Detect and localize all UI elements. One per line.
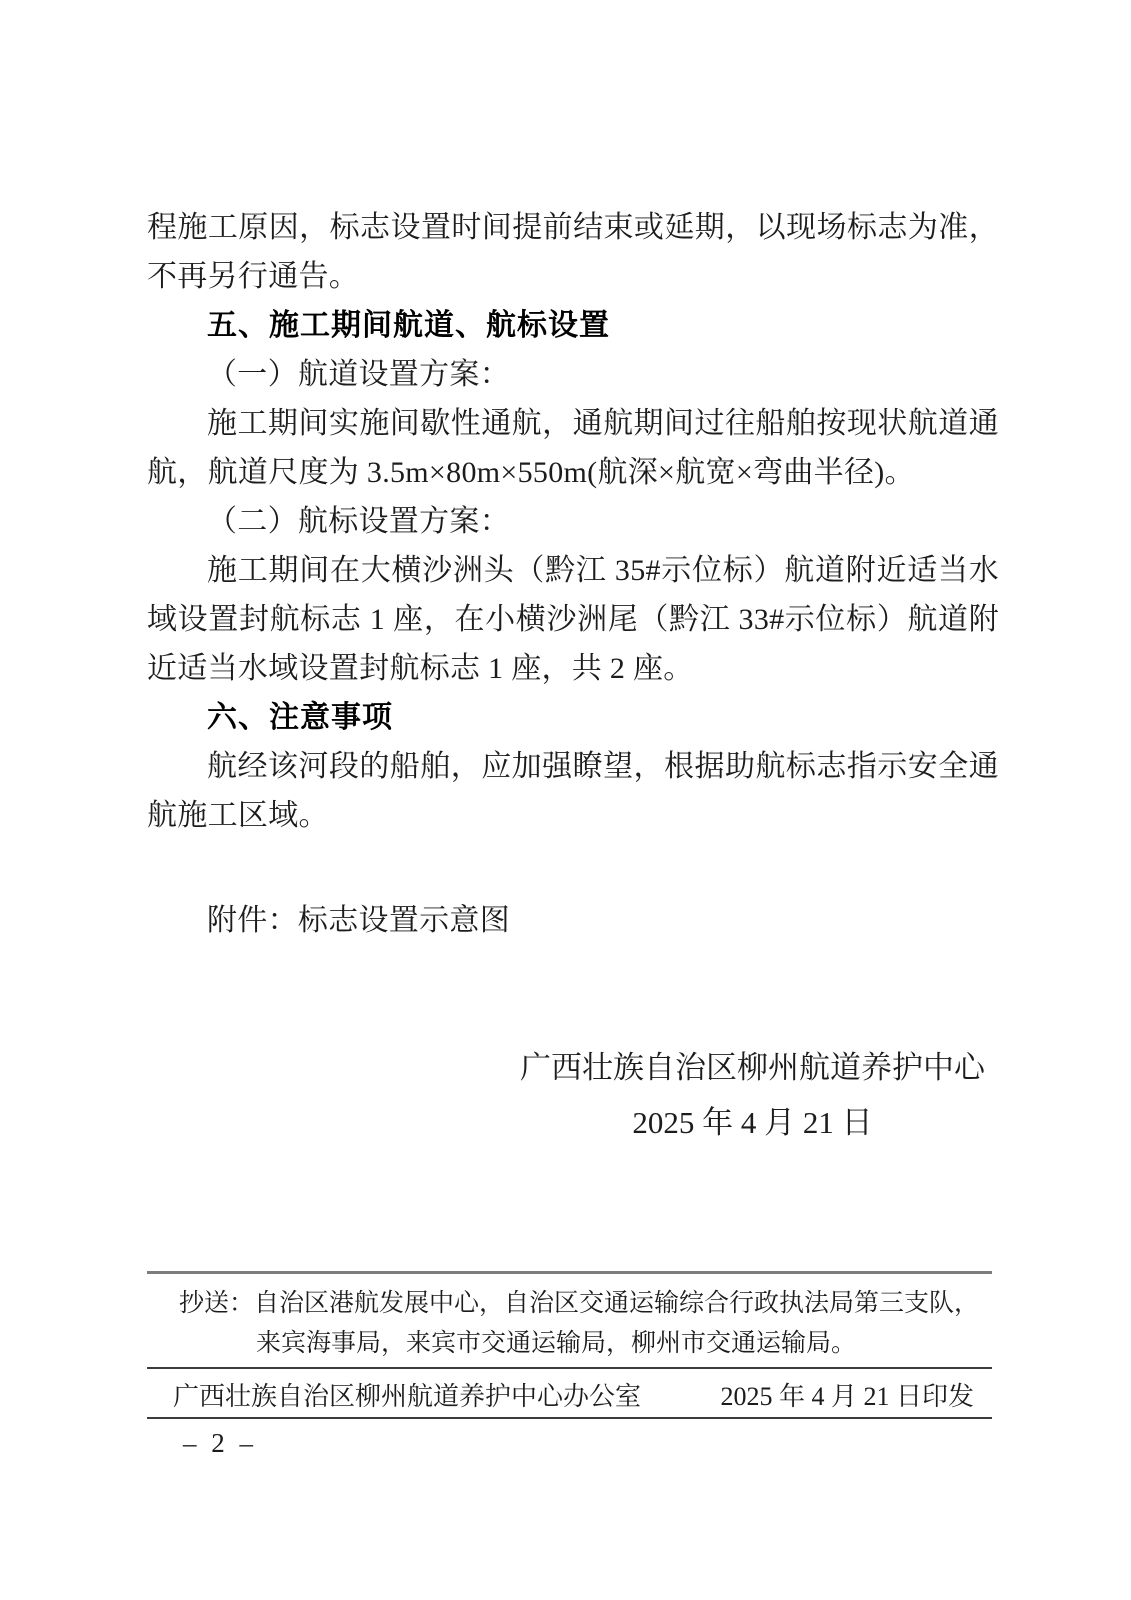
cc-line-2: 来宾海事局，来宾市交通运输局，柳州市交通运输局。 <box>147 1324 992 1364</box>
page-number: – 2 – <box>183 1428 257 1459</box>
subsection-2-body: 施工期间在大横沙洲头（黔江 35#示位标）航道附近适当水域设置封航标志 1 座，… <box>147 546 999 693</box>
footer-separator-top <box>147 1271 992 1274</box>
cc-line-1: 抄送：自治区港航发展中心，自治区交通运输综合行政执法局第三支队， <box>147 1284 992 1324</box>
issuer-row: 广西壮族自治区柳州航道养护中心办公室 2025 年 4 月 21 日印发 <box>147 1372 992 1417</box>
footer-separator-bottom <box>147 1417 992 1419</box>
subsection-2-title: （二）航标设置方案： <box>147 497 999 546</box>
section-6-body: 航经该河段的船舶，应加强瞭望，根据助航标志指示安全通航施工区域。 <box>147 742 999 840</box>
paragraph-continuation: 程施工原因，标志设置时间提前结束或延期，以现场标志为准，不再另行通告。 <box>147 203 999 301</box>
issue-date: 2025 年 4 月 21 日印发 <box>720 1376 974 1413</box>
document-page: 程施工原因，标志设置时间提前结束或延期，以现场标志为准，不再另行通告。 五、施工… <box>0 0 1131 1600</box>
attachment-line: 附件：标志设置示意图 <box>147 896 999 945</box>
section-heading-6: 六、注意事项 <box>147 693 999 742</box>
document-body: 程施工原因，标志设置时间提前结束或延期，以现场标志为准，不再另行通告。 五、施工… <box>147 203 999 945</box>
cc-label: 抄送： <box>179 1290 254 1317</box>
section-heading-5: 五、施工期间航道、航标设置 <box>147 301 999 350</box>
cc-text-2: 来宾海事局，来宾市交通运输局，柳州市交通运输局。 <box>256 1330 856 1357</box>
cc-text-1: 自治区港航发展中心，自治区交通运输综合行政执法局第三支队， <box>254 1290 979 1317</box>
footer-separator-middle <box>147 1367 992 1369</box>
signature-date: 2025 年 4 月 21 日 <box>520 1095 985 1150</box>
signature-org: 广西壮族自治区柳州航道养护中心 <box>520 1040 985 1095</box>
issuer-office: 广西壮族自治区柳州航道养护中心办公室 <box>173 1376 641 1413</box>
cc-block: 抄送：自治区港航发展中心，自治区交通运输综合行政执法局第三支队， 来宾海事局，来… <box>147 1284 992 1364</box>
subsection-1-body: 施工期间实施间歇性通航，通航期间过往船舶按现状航道通航，航道尺度为 3.5m×8… <box>147 399 999 497</box>
subsection-1-title: （一）航道设置方案： <box>147 350 999 399</box>
signature-block: 广西壮族自治区柳州航道养护中心 2025 年 4 月 21 日 <box>520 1040 985 1150</box>
